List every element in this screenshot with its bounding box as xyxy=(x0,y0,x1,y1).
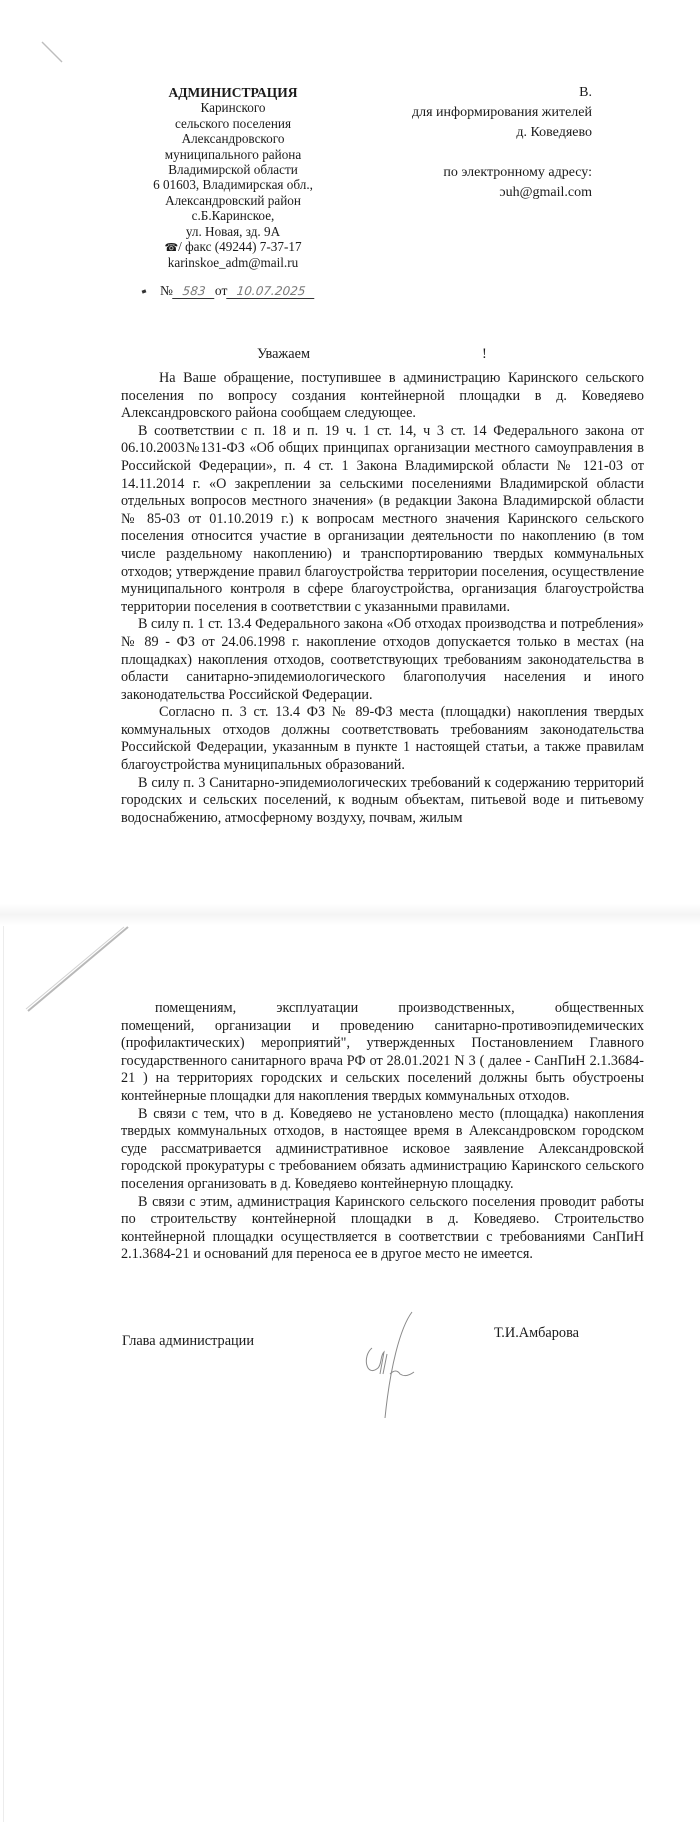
salutation-exclamation: ! xyxy=(482,346,487,363)
paragraph: В силу п. 1 ст. 13.4 Федерального закона… xyxy=(121,616,644,704)
salutation-greeting: Уважаем xyxy=(257,346,310,363)
paragraph: Согласно п. 3 ст. 13.4 ФЗ № 89-ФЗ места … xyxy=(121,704,644,774)
sender-line: с.Б.Каринское, xyxy=(148,208,318,223)
sender-line: ул. Новая, зд. 9А xyxy=(148,224,318,239)
sender-line: Александровский район xyxy=(148,193,318,208)
number-value: 583 xyxy=(172,284,216,299)
date-value: 10.07.2025 xyxy=(227,284,317,299)
paragraph: В связи с этим, администрация Каринского… xyxy=(121,1194,644,1264)
signature-position: Глава администрации xyxy=(122,1333,254,1350)
recipient-village: д. Коведяево xyxy=(412,123,592,143)
sender-phone: ☎/ факс (49244) 7-37-17 xyxy=(148,239,318,255)
page-edge xyxy=(3,926,4,1822)
scan-mark-top xyxy=(38,38,68,68)
recipient-purpose: для информирования жителей xyxy=(412,103,592,123)
sender-line: Владимирской области xyxy=(148,162,318,177)
sender-email: karinskoe_adm@mail.ru xyxy=(148,255,318,270)
sender-line: Александровского xyxy=(148,131,318,146)
paragraph-continuation: помещениям, эксплуатации производственны… xyxy=(121,1000,644,1018)
paragraph: В силу п. 3 Санитарно-эпидемиологических… xyxy=(121,775,644,828)
sender-line: муниципального района xyxy=(148,147,318,162)
number-label: № xyxy=(160,283,173,298)
paragraph: В связи с тем, что в д. Коведяево не уст… xyxy=(121,1106,644,1194)
scan-mark-diagonal xyxy=(20,925,130,1015)
telephone-icon: ☎ xyxy=(164,241,178,254)
sender-line: сельского поселения xyxy=(148,116,318,131)
paragraph: На Ваше обращение, поступившее в админис… xyxy=(121,370,644,423)
recipient-address-label: по электронному адресу: xyxy=(412,163,592,183)
sender-phone-text: / факс (49244) 7-37-17 xyxy=(178,239,301,254)
letter-body-page1: На Ваше обращение, поступившее в админис… xyxy=(121,370,644,827)
bullet-mark xyxy=(142,290,147,294)
registration-number: №583от10.07.2025 xyxy=(142,283,315,299)
sender-org-title: АДМИНИСТРАЦИЯ xyxy=(148,85,318,100)
recipient-email: ɔuh@gmail.com xyxy=(412,183,592,203)
signature-name: Т.И.Амбарова xyxy=(494,1325,579,1342)
page-break xyxy=(0,904,700,926)
sender-line: Каринского xyxy=(148,100,318,115)
paragraph: помещений, организации и проведению сани… xyxy=(121,1018,644,1106)
recipient-name: В. xyxy=(412,83,592,103)
sender-block: АДМИНИСТРАЦИЯ Каринского сельского посел… xyxy=(148,85,318,271)
recipient-block: В. для информирования жителей д. Коведяе… xyxy=(412,83,592,203)
paragraph: В соответствии с п. 18 и п. 19 ч. 1 ст. … xyxy=(121,423,644,617)
letter-body-page2: помещениям, эксплуатации производственны… xyxy=(121,1000,644,1264)
handwritten-signature xyxy=(360,1308,450,1428)
sender-line: 6 01603, Владимирская обл., xyxy=(148,177,318,192)
